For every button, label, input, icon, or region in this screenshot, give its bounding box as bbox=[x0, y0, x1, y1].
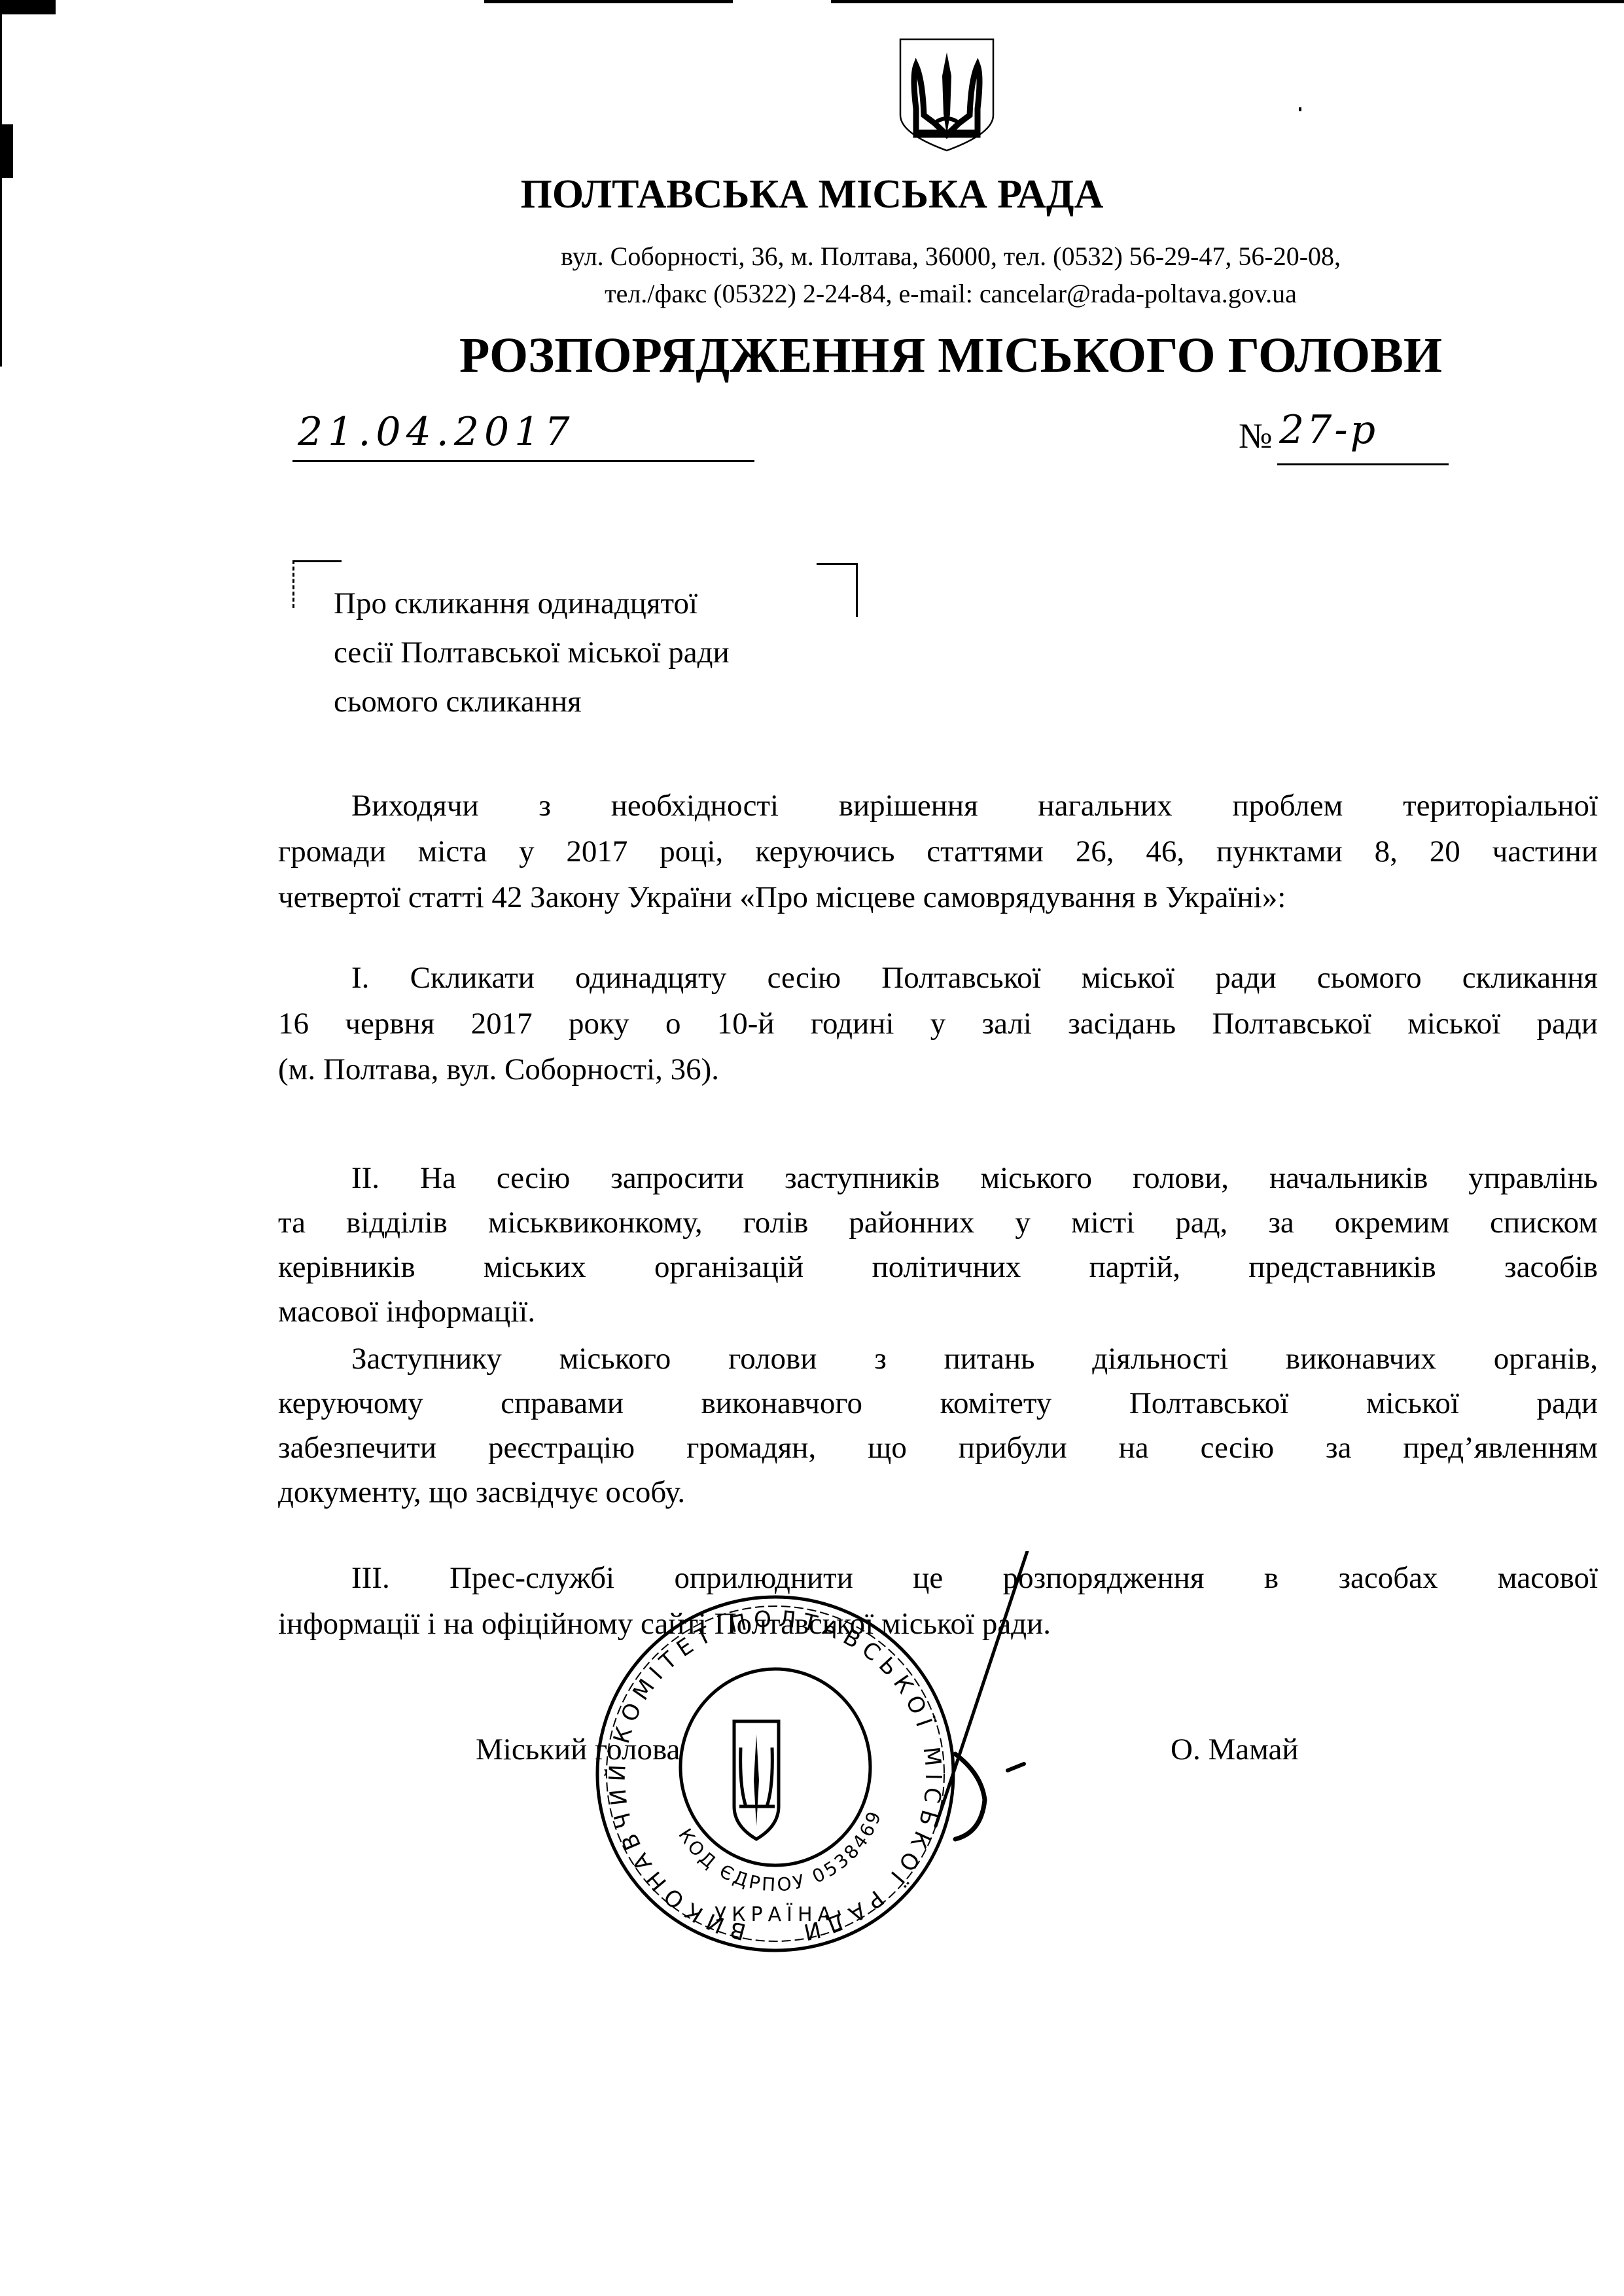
scan-edge-mark bbox=[0, 124, 13, 178]
text-line: масової інформації. bbox=[278, 1289, 1598, 1334]
item-2-extra-paragraph: Заступнику міського голови з питань діял… bbox=[278, 1336, 1598, 1515]
preamble-paragraph: Виходячи з необхідності вирішення нагаль… bbox=[278, 783, 1598, 920]
document-date: 21.04.2017 bbox=[298, 409, 575, 455]
date-underline bbox=[292, 460, 754, 462]
scan-edge-corner bbox=[0, 0, 56, 14]
subject-line: сесії Полтавської міської ради bbox=[334, 628, 730, 677]
document-number: 27-р bbox=[1279, 407, 1378, 453]
text-line: II. На сесію запросити заступників міськ… bbox=[278, 1156, 1598, 1200]
text-line: Виходячи з необхідності вирішення нагаль… bbox=[278, 783, 1598, 829]
address-line-2: тел./факс (05322) 2-24-84, e-mail: cance… bbox=[0, 278, 1624, 309]
text-line: керуючому справами виконавчого комітету … bbox=[278, 1381, 1598, 1426]
number-label: № bbox=[1239, 416, 1273, 456]
council-name-text: ПОЛТАВСЬКА МІСЬКА РАДА bbox=[521, 172, 1104, 217]
address-line-1: вул. Соборності, 36, м. Полтава, 36000, … bbox=[0, 241, 1624, 272]
item-1-paragraph: I. Скликати одинадцяту сесію Полтавської… bbox=[278, 955, 1598, 1092]
scan-edge-top bbox=[484, 0, 1624, 3]
council-name: ПОЛТАВСЬКА МІСЬКА РАДА bbox=[0, 171, 1624, 218]
text-line: керівників міських організацій політични… bbox=[278, 1245, 1598, 1289]
text-line: документу, що засвідчує особу. bbox=[278, 1470, 1598, 1515]
text-line: I. Скликати одинадцяту сесію Полтавської… bbox=[278, 955, 1598, 1001]
text-line: та відділів міськвиконкому, голів районн… bbox=[278, 1200, 1598, 1245]
text-line: 16 червня 2017 року о 10-й годині у залі… bbox=[278, 1001, 1598, 1047]
subject-line: сьомого скликання bbox=[334, 677, 730, 726]
text-line: забезпечити реєстрацію громадян, що приб… bbox=[278, 1426, 1598, 1470]
text-line: (м. Полтава, вул. Соборності, 36). bbox=[278, 1047, 1598, 1092]
scan-speck bbox=[1299, 107, 1301, 111]
subject-bracket-right bbox=[817, 563, 858, 617]
document-subject: Про скликання одинадцятої сесії Полтавсь… bbox=[334, 579, 730, 726]
text-line: четвертої статті 42 Закону України «Про … bbox=[278, 874, 1598, 920]
number-underline bbox=[1277, 463, 1449, 465]
signatory-name: О. Мамай bbox=[1171, 1732, 1299, 1767]
item-2-paragraph: II. На сесію запросити заступників міськ… bbox=[278, 1156, 1598, 1334]
document-title: РОЗПОРЯДЖЕННЯ МІСЬКОГО ГОЛОВИ bbox=[0, 327, 1624, 384]
text-line: громади міста у 2017 році, керуючись ста… bbox=[278, 829, 1598, 874]
scan-edge-gap bbox=[733, 0, 831, 3]
subject-line: Про скликання одинадцятої bbox=[334, 579, 730, 628]
text-line: Заступнику міського голови з питань діял… bbox=[278, 1336, 1598, 1381]
handwritten-signature bbox=[877, 1551, 1093, 1859]
svg-text:УКРАЇНА: УКРАЇНА bbox=[715, 1903, 836, 1926]
coat-of-arms-icon bbox=[898, 37, 996, 152]
